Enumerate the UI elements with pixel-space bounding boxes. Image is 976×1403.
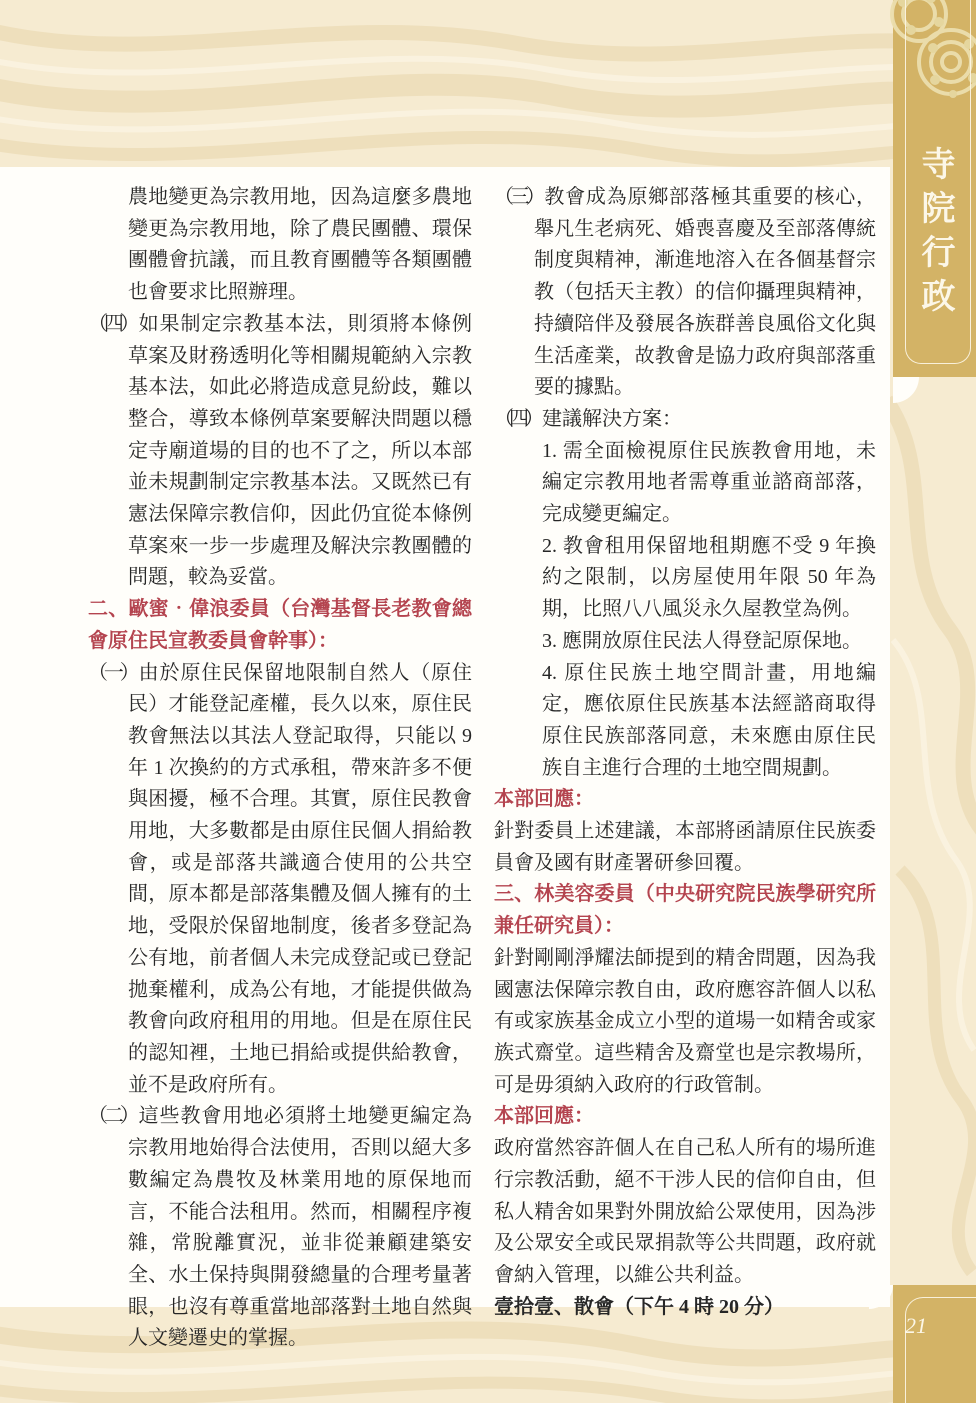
item-text: 教會成為原鄉部落極其重要的核心，舉凡生老病死、婚喪喜慶及至部落傳統制度與精神，漸… <box>534 186 876 398</box>
closing-line: 壹拾壹、散會（下午 4 時 20 分） <box>494 1292 876 1324</box>
item-label: （四） <box>88 313 136 335</box>
item-label: （一） <box>88 662 136 684</box>
page-number: 21 <box>899 1313 933 1339</box>
side-band-bottom: 21 <box>893 1285 976 1403</box>
sub-numbered-item: 2. 教會租用保留地租期應不受 9 年換約之限制，以房屋使用年限 50 年為期，… <box>542 531 876 626</box>
section-heading: 二、歐蜜‧偉浪委員（台灣基督長老教會總會原住民宣教委員會幹事）： <box>88 594 472 657</box>
text-column-left: 農地變更為宗教用地，因為這麼多農地變更為宗教用地，除了農民團體、環保團體會抗議，… <box>88 182 472 1355</box>
side-band-top: 寺院行政 <box>893 0 976 377</box>
item-label: （四） <box>494 408 539 430</box>
paragraph: 政府當然容許個人在自己私人所有的場所進行宗教活動，絕不干涉人民的信仰自由，但私人… <box>494 1133 876 1292</box>
sub-numbered-item: 1. 需全面檢視原住民族教會用地，未編定宗教用地者需尊重並諮商部落，完成變更編定… <box>542 436 876 531</box>
numbered-item: （四）如果制定宗教基本法，則須將本條例草案及財務透明化等相關規範納入宗教基本法，… <box>88 309 472 594</box>
paragraph: 針對剛剛淨耀法師提到的精舍問題，因為我國憲法保障宗教自由，政府應容許個人以私有或… <box>494 943 876 1102</box>
item-text: 建議解決方案： <box>542 408 682 430</box>
numbered-item: （一）由於原住民保留地限制自然人（原住民）才能登記產權，長久以來，原住民教會無法… <box>88 658 472 1102</box>
section-heading: 三、林美容委員（中央研究院民族學研究所兼任研究員）： <box>494 879 876 942</box>
sidebar-title: 寺院行政 <box>910 146 959 322</box>
paragraph-continuation: 農地變更為宗教用地，因為這麼多農地變更為宗教用地，除了農民團體、環保團體會抗議，… <box>128 182 472 309</box>
item-label: （二） <box>88 1105 136 1127</box>
numbered-item: （四）建議解決方案： <box>494 404 876 436</box>
numbered-item: （二）這些教會用地必須將土地變更編定為宗教用地始得合法使用，否則以絕大多數編定為… <box>88 1101 472 1355</box>
item-text: 如果制定宗教基本法，則須將本條例草案及財務透明化等相關規範納入宗教基本法，如此必… <box>128 313 472 589</box>
paragraph: 針對委員上述建議，本部將函請原住民族委員會及國有財產署研參回覆。 <box>494 816 876 879</box>
document-page: 農地變更為宗教用地，因為這麼多農地變更為宗教用地，除了農民團體、環保團體會抗議，… <box>0 0 976 1403</box>
sub-numbered-item: 4. 原住民族土地空間計畫，用地編定，應依原住民族基本法經諮商取得原住民族部落同… <box>542 658 876 785</box>
sub-numbered-item: 3. 應開放原住民法人得登記原保地。 <box>542 626 876 658</box>
section-heading: 本部回應： <box>494 784 876 816</box>
item-text: 由於原住民保留地限制自然人（原住民）才能登記產權，長久以來，原住民教會無法以其法… <box>128 662 472 1096</box>
section-heading: 本部回應： <box>494 1101 876 1133</box>
text-column-right: （三）教會成為原鄉部落極其重要的核心，舉凡生老病死、婚喪喜慶及至部落傳統制度與精… <box>494 182 876 1323</box>
numbered-item: （三）教會成為原鄉部落極其重要的核心，舉凡生老病死、婚喪喜慶及至部落傳統制度與精… <box>494 182 876 404</box>
item-text: 這些教會用地必須將土地變更編定為宗教用地始得合法使用，否則以絕大多數編定為農牧及… <box>128 1105 472 1349</box>
item-label: （三） <box>494 186 541 208</box>
